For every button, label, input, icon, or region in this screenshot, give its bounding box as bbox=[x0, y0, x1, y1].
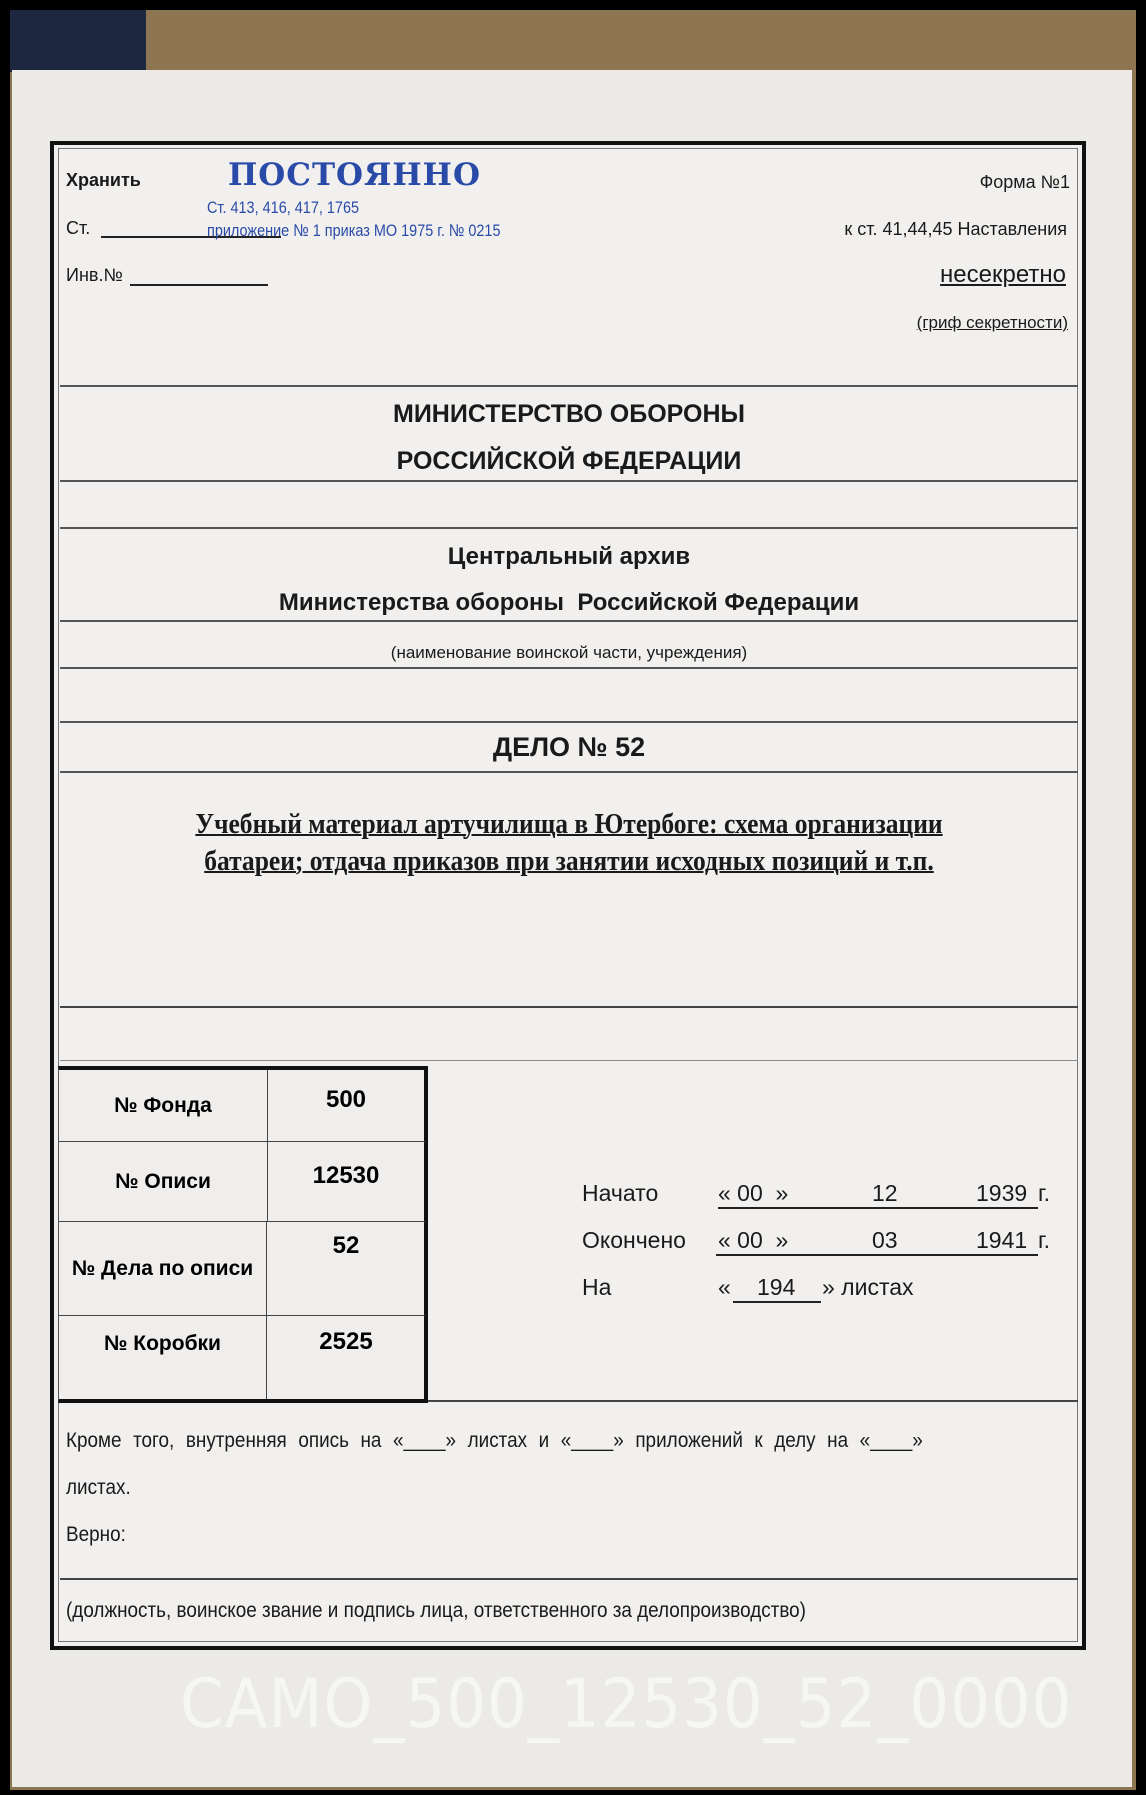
archive-line-1: Центральный архив bbox=[60, 543, 1078, 571]
table-value: 500 bbox=[267, 1070, 425, 1141]
table-value: 52 bbox=[267, 1222, 425, 1315]
ended-underline bbox=[716, 1254, 1038, 1256]
sheets-open-quote: « bbox=[718, 1274, 731, 1301]
table-row: № Коробки 2525 bbox=[59, 1316, 425, 1399]
started-month: 12 bbox=[872, 1180, 898, 1207]
started-day: « 00 » bbox=[718, 1180, 788, 1207]
unit-caption: (наименование воинской части, учреждения… bbox=[60, 643, 1078, 663]
table-label: № Описи bbox=[59, 1142, 268, 1221]
table-label: № Дела по описи bbox=[59, 1222, 267, 1315]
article-label: Ст. bbox=[66, 218, 90, 239]
ended-year: 1941 bbox=[976, 1227, 1027, 1254]
form-number: Форма №1 bbox=[980, 172, 1070, 193]
ended-label: Окончено bbox=[582, 1227, 686, 1254]
ministry-line-2: РОССИЙСКОЙ ФЕДЕРАЦИИ bbox=[60, 447, 1078, 476]
signature-caption: (должность, воинское звание и подпись ли… bbox=[66, 1599, 806, 1623]
ended-day: « 00 » bbox=[718, 1227, 788, 1254]
additional-inventory-line-2: листах. bbox=[66, 1476, 131, 1500]
table-value: 12530 bbox=[267, 1142, 425, 1221]
table-row: № Дела по описи 52 bbox=[59, 1222, 425, 1316]
secrecy-value: несекретно bbox=[940, 261, 1066, 289]
table-label: № Коробки bbox=[59, 1316, 267, 1399]
table-label: № Фонда bbox=[59, 1070, 268, 1141]
ended-year-suffix: г. bbox=[1038, 1227, 1050, 1254]
case-description-line-1: Учебный материал артучилища в Ютербоге: … bbox=[121, 808, 1017, 841]
rule bbox=[60, 721, 1078, 723]
rule bbox=[60, 667, 1078, 669]
table-row: № Описи 12530 bbox=[59, 1142, 425, 1222]
table-value: 2525 bbox=[267, 1316, 425, 1399]
rule bbox=[60, 385, 1078, 387]
archive-line-2: Министерства обороны Российской Федераци… bbox=[60, 589, 1078, 617]
keep-label: Хранить bbox=[66, 170, 141, 191]
verified-label: Верно: bbox=[66, 1523, 126, 1547]
case-description-line-2: батареи; отдача приказов при занятии исх… bbox=[121, 845, 1017, 878]
rule bbox=[60, 480, 1078, 482]
archive-watermark: CAMO_500_12530_52_0000 bbox=[180, 1665, 1072, 1744]
started-underline bbox=[718, 1207, 1038, 1209]
sheets-count: 194 bbox=[757, 1274, 795, 1301]
inv-label: Инв.№ bbox=[66, 265, 123, 286]
rule bbox=[60, 771, 1078, 773]
inv-field bbox=[130, 284, 268, 286]
case-title: ДЕЛО № 52 bbox=[60, 732, 1078, 763]
form-inner-border bbox=[58, 148, 1078, 1642]
rule bbox=[60, 527, 1078, 529]
folder-spine bbox=[10, 10, 146, 72]
additional-inventory-line: Кроме того, внутренняя опись на «____» л… bbox=[66, 1429, 923, 1453]
ended-month: 03 bbox=[872, 1227, 898, 1254]
started-year-suffix: г. bbox=[1038, 1180, 1050, 1207]
secrecy-caption: (гриф секретности) bbox=[917, 313, 1068, 333]
stamp-title: ПОСТОЯННО bbox=[228, 157, 481, 193]
rule bbox=[60, 620, 1078, 622]
sheets-close: » листах bbox=[822, 1274, 914, 1301]
rule bbox=[60, 1060, 1078, 1061]
sheets-underline bbox=[733, 1301, 821, 1303]
stamp-line-2: приложение № 1 приказ МО 1975 г. № 0215 bbox=[207, 221, 501, 241]
ministry-line-1: МИНИСТЕРСТВО ОБОРОНЫ bbox=[60, 400, 1078, 429]
table-row: № Фонда 500 bbox=[59, 1070, 425, 1142]
stamp-line-1: Ст. 413, 416, 417, 1765 bbox=[207, 198, 359, 218]
archive-table: № Фонда 500 № Описи 12530 № Дела по опис… bbox=[58, 1066, 428, 1403]
sheets-label: На bbox=[582, 1274, 611, 1301]
form-reference: к ст. 41,44,45 Наставления bbox=[844, 219, 1067, 240]
started-label: Начато bbox=[582, 1180, 658, 1207]
rule bbox=[60, 1578, 1078, 1580]
started-year: 1939 bbox=[976, 1180, 1027, 1207]
rule bbox=[60, 1006, 1078, 1008]
